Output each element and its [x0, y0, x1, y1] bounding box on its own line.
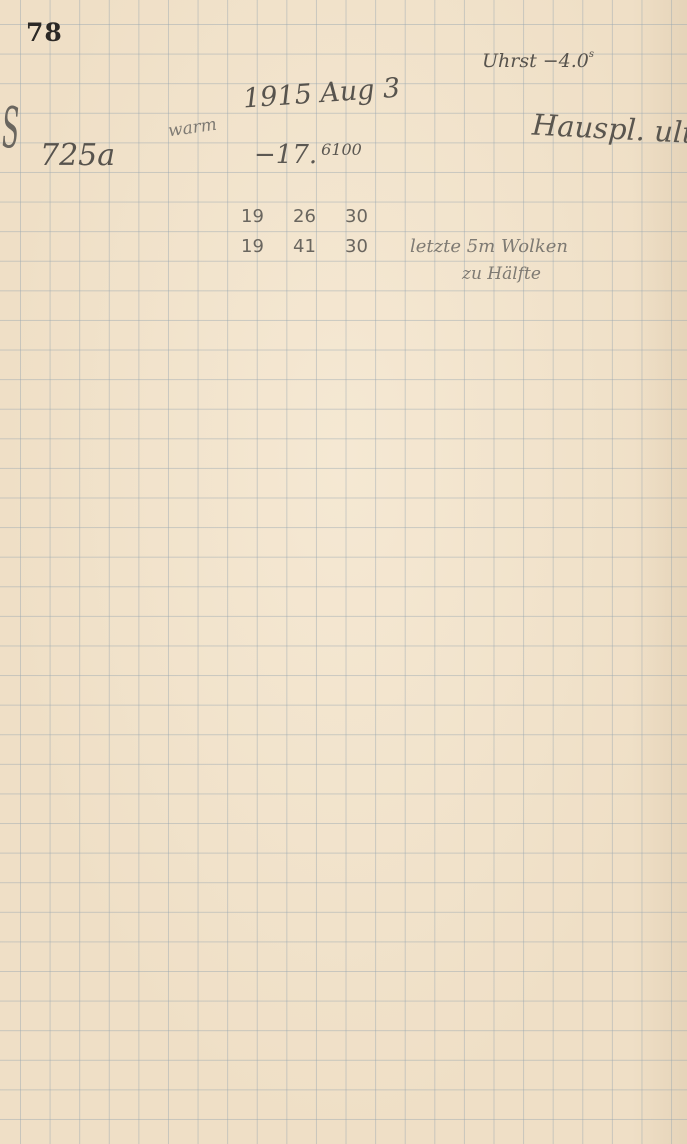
- obs-hour: 19: [241, 236, 293, 257]
- value-sup: 6100: [321, 140, 362, 159]
- object-id: 725a: [40, 138, 115, 173]
- observation-row: 194130: [241, 236, 397, 257]
- obs-minute: 41: [293, 236, 345, 257]
- clock-label: Uhrst −4.0: [482, 50, 589, 72]
- obs-second: 30: [345, 236, 397, 257]
- notebook-page: 78 S 725a 1915 Aug 3 warm −17.6100 Uhrst…: [0, 0, 687, 1144]
- measurement-value: −17.6100: [254, 140, 362, 170]
- page-number: 78: [26, 18, 63, 47]
- section-mark: S: [2, 96, 19, 161]
- clock-correction: Uhrst −4.0s: [482, 50, 594, 72]
- obs-hour: 19: [241, 206, 293, 227]
- observation-row: 192630: [241, 206, 397, 227]
- obs-minute: 26: [293, 206, 345, 227]
- clock-sup: s: [589, 49, 594, 60]
- remark-line-2: zu Hälfte: [462, 264, 541, 284]
- remark-line-1: letzte 5m Wolken: [410, 236, 568, 257]
- value-main: −17.: [254, 140, 317, 170]
- obs-second: 30: [345, 206, 397, 227]
